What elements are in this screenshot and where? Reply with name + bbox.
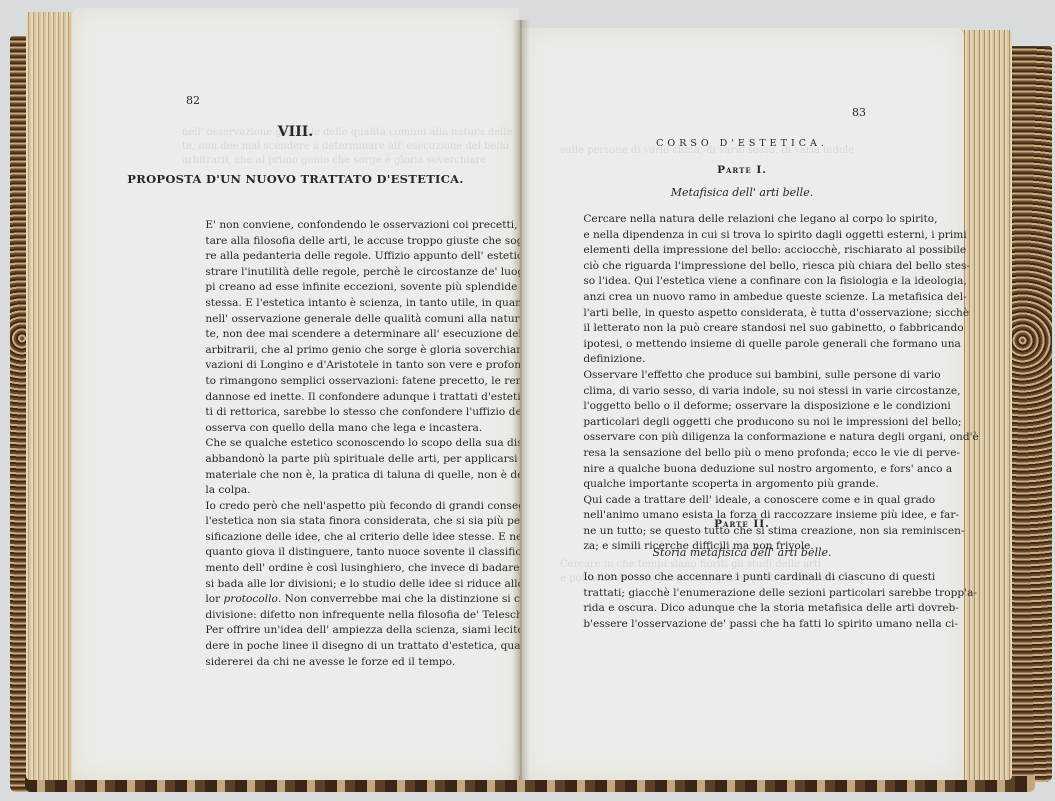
paragraph: Per offrire un'idea dell' ampiezza della… xyxy=(182,623,512,670)
text-line: vazioni di Longino e d'Aristotele in tan… xyxy=(182,358,512,374)
text-line: stessa. E l'estetica intanto è scienza, … xyxy=(182,296,512,312)
text-line: rida e oscura. Dico adunque che la stori… xyxy=(560,601,895,617)
text-line: mento dell' ordine è così lusinghiero, c… xyxy=(182,561,512,577)
text-line: divisione: difetto non infrequente nella… xyxy=(182,608,512,624)
text-line: osservare con più diligenza la conformaz… xyxy=(560,430,895,446)
part-one-heading: Parte I. xyxy=(520,164,964,176)
text-line: E' non conviene, confondendo le osservaz… xyxy=(182,218,512,234)
text-line: quanto giova il distinguere, tanto nuoce… xyxy=(182,545,512,561)
text-line: ipotesi, o mettendo insieme di quelle pa… xyxy=(560,337,895,353)
text-line: Qui cade a trattare dell' ideale, a cono… xyxy=(560,493,895,509)
page-number: 82 xyxy=(186,94,200,107)
text-line: l'estetica non sia stata finora consider… xyxy=(182,514,512,530)
text-line: si bada alle lor divisioni; e lo studio … xyxy=(182,577,512,593)
text-line: resa la sensazione del bello più o meno … xyxy=(560,446,895,462)
part-one-subtitle: Metafisica dell' arti belle. xyxy=(520,186,964,199)
running-head: CORSO D'ESTETICA. xyxy=(520,138,964,149)
left-page-body: E' non conviene, confondendo le osservaz… xyxy=(182,218,512,670)
text-line: tare alla filosofia delle arti, le accus… xyxy=(182,234,512,250)
text-line: materiale che non è, la pratica di talun… xyxy=(182,468,512,484)
chapter-title: PROPOSTA D'UN NUOVO TRATTATO D'ESTETICA. xyxy=(72,172,519,186)
text-line: Che se qualche estetico sconoscendo lo s… xyxy=(182,436,512,452)
text-line: arbitrarii, che al primo genio che sorge… xyxy=(182,343,512,359)
show-through-text: te, non dee mai scendere a determinare a… xyxy=(182,140,512,154)
text-line: Cercare nella natura delle relazioni che… xyxy=(560,212,895,228)
book-cover-right xyxy=(1010,46,1052,782)
chapter-number: VIII. xyxy=(72,124,519,140)
paragraph: Osservare l'effetto che produce sui bamb… xyxy=(560,368,895,493)
text-line: particolari degli oggetti che producono … xyxy=(560,415,895,431)
text-line: dere in poche linee il disegno di un tra… xyxy=(182,639,512,655)
text-line: elementi della impressione del bello: ac… xyxy=(560,243,895,259)
page-edges-left xyxy=(26,12,78,780)
text-line: Per offrire un'idea dell' ampiezza della… xyxy=(182,623,512,639)
text-line: strare l'inutilità delle regole, perchè … xyxy=(182,265,512,281)
text-line: osserva con quello della mano che lega e… xyxy=(182,421,512,437)
paragraph: E' non conviene, confondendo le osservaz… xyxy=(182,218,512,436)
text-line: ciò che riguarda l'impressione del bello… xyxy=(560,259,895,275)
paragraph: Cercare nella natura delle relazioni che… xyxy=(560,212,895,368)
page-edges-right xyxy=(962,30,1012,780)
paragraph: Che se qualche estetico sconoscendo lo s… xyxy=(182,436,512,498)
paragraph: Io credo però che nell'aspetto più fecon… xyxy=(182,499,512,624)
text-line: to rimangono semplici osservazioni: fate… xyxy=(182,374,512,390)
text-line: clima, di vario sesso, di varia indole, … xyxy=(560,384,895,400)
part-one-body: Cercare nella natura delle relazioni che… xyxy=(560,212,895,555)
text-line: la colpa. xyxy=(182,483,512,499)
text-line: nell' osservazione generale delle qualit… xyxy=(182,312,512,328)
text-line: b'essere l'osservazione de' passi che ha… xyxy=(560,617,895,633)
text-line: l'arti belle, in questo aspetto consider… xyxy=(560,306,895,322)
text-line: sificazione delle idee, che al criterio … xyxy=(182,530,512,546)
text-line: definizione. xyxy=(560,352,895,368)
part-two-body: Io non posso che accennare i punti cardi… xyxy=(560,570,895,632)
text-line: dannose ed inette. Il confondere adunque… xyxy=(182,390,512,406)
text-line: anzi crea un nuovo ramo in ambedue quest… xyxy=(560,290,895,306)
text-line: Osservare l'effetto che produce sui bamb… xyxy=(560,368,895,384)
text-line: trattati; giacchè l'enumerazione delle s… xyxy=(560,586,895,602)
part-two-subtitle: Storia metafisica dell' arti belle. xyxy=(520,546,964,559)
paragraph: Io non posso che accennare i punti cardi… xyxy=(560,570,895,632)
text-line: nire a qualche buona deduzione sul nostr… xyxy=(560,462,895,478)
text-line: sidererei da chi ne avesse le forze ed i… xyxy=(182,655,512,671)
text-line: re alla pedanteria delle regole. Uffizio… xyxy=(182,249,512,265)
text-line: te, non dee mai scendere a determinare a… xyxy=(182,327,512,343)
text-line: ti di rettorica, sarebbe lo stesso che c… xyxy=(182,405,512,421)
part-two-heading: Parte II. xyxy=(520,518,964,530)
text-line: lor protocollo. Non converrebbe mai che … xyxy=(182,592,512,608)
text-line: abbandonò la parte più spirituale delle … xyxy=(182,452,512,468)
text-line: Io non posso che accennare i punti cardi… xyxy=(560,570,895,586)
text-line: Io credo però che nell'aspetto più fecon… xyxy=(182,499,512,515)
text-line: so l'idea. Qui l'estetica viene a confin… xyxy=(560,274,895,290)
page-number: 83 xyxy=(852,106,866,119)
right-page: sulle persone di vario clima, di vario s… xyxy=(520,28,964,780)
text-line: il letterato non la può creare standosi … xyxy=(560,321,895,337)
text-line: e nella dipendenza in cui si trova lo sp… xyxy=(560,228,895,244)
text-line: pi creano ad esse infinite eccezioni, so… xyxy=(182,280,512,296)
left-page: nell' osservazione generale delle qualit… xyxy=(72,8,519,780)
show-through-text: arbitrarii, che al primo genio che sorge… xyxy=(182,154,512,168)
book-gutter xyxy=(512,20,530,780)
text-line: l'oggetto bello o il deforme; osservare … xyxy=(560,399,895,415)
text-line: qualche importante scoperta in argomento… xyxy=(560,477,895,493)
